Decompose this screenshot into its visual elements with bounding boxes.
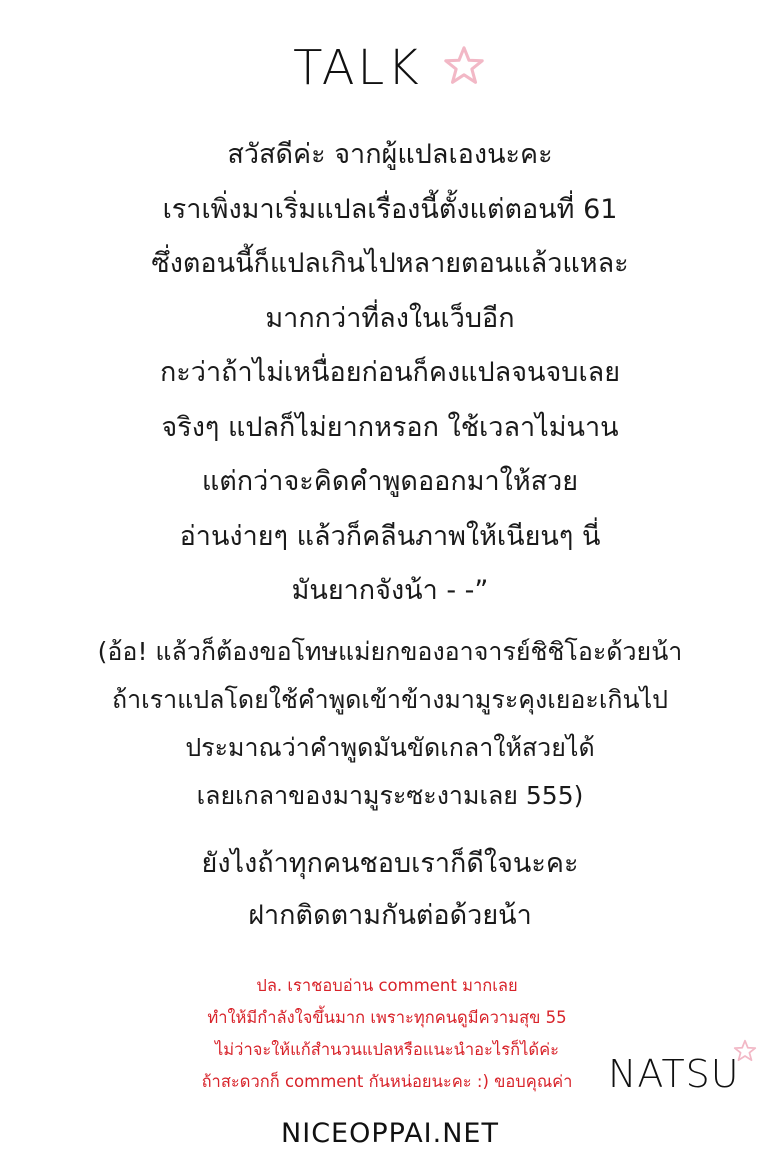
text-line: ทำให้มีกำลังใจขึ้นมาก เพราะทุกคนดูมีความ… [0,1002,777,1034]
text-line: จริงๆ แปลก็ไม่ยากหรอก ใช้เวลาไม่นาน [0,401,780,456]
text-line: มันยากจังน้า - -” [0,564,780,619]
star-outline-icon [441,43,487,93]
text-line: ซึ่งตอนนี้ก็แปลเกินไปหลายตอนแล้วแหละ [0,237,780,292]
talk-header: TALK [0,40,780,96]
site-watermark: NICEOPPAI.NET [0,1118,780,1149]
text-line: อ่านง่ายๆ แล้วก็คลีนภาพให้เนียนๆ นี่ [0,510,780,565]
text-line: ฝากติดตามกันต่อด้วยน้า [0,890,780,942]
message-paragraph-2: (อ้อ! แล้วก็ต้องขอโทษแม่ยกของอาจารย์ชิชิ… [0,628,780,820]
text-line: กะว่าถ้าไม่เหนื่อยก่อนก็คงแปลจนจบเลย [0,346,780,401]
text-line: (อ้อ! แล้วก็ต้องขอโทษแม่ยกของอาจารย์ชิชิ… [0,628,780,676]
message-paragraph-3: ยังไงถ้าทุกคนชอบเราก็ดีใจนะคะ ฝากติดตามก… [0,838,780,942]
text-line: ถ้าเราแปลโดยใช้คำพูดเข้าข้างมามูระคุงเยอ… [0,676,780,724]
text-line: เราเพิ่งมาเริ่มแปลเรื่องนี้ตั้งแต่ตอนที่… [0,183,780,238]
text-line: แต่กว่าจะคิดคำพูดออกมาให้สวย [0,455,780,510]
message-paragraph-1: สวัสดีค่ะ จากผู้แปลเองนะคะ เราเพิ่งมาเริ… [0,128,780,619]
text-line: เลยเกลาของมามูระซะงามเลย 555) [0,772,780,820]
text-line: ประมาณว่าคำพูดมันขัดเกลาให้สวยได้ [0,724,780,772]
text-line: ยังไงถ้าทุกคนชอบเราก็ดีใจนะคะ [0,838,780,890]
text-line: สวัสดีค่ะ จากผู้แปลเองนะคะ [0,128,780,183]
text-line: ปล. เราชอบอ่าน comment มากเลย [0,970,777,1002]
translator-signature: NATSU [608,1052,740,1096]
text-line: มากกว่าที่ลงในเว็บอีก [0,292,780,347]
star-outline-icon [732,1038,758,1068]
page-title: TALK [293,40,422,96]
